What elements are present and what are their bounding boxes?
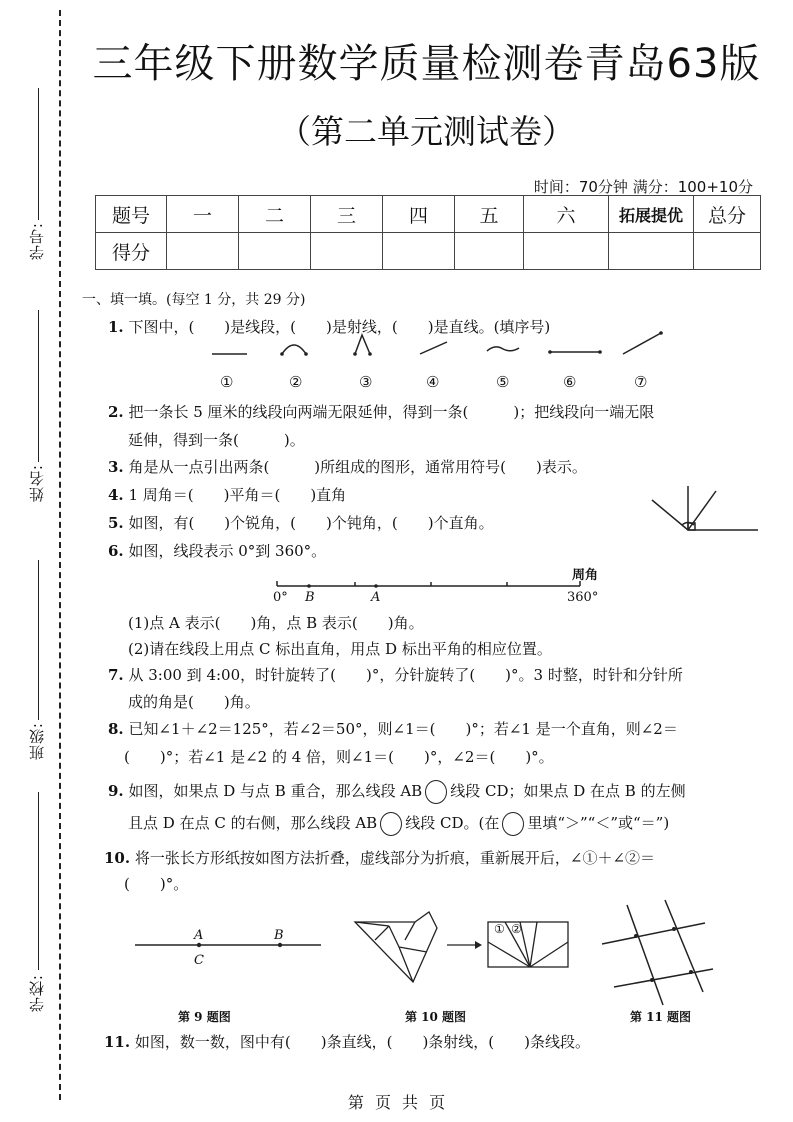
q6-end-label: 360° [567, 590, 598, 605]
question-11: 11. 如图，数一数，图中有( )条直线，( )条射线，( )条线段。 [104, 1031, 590, 1052]
school-underline [38, 792, 39, 970]
score-input[interactable] [239, 233, 311, 270]
q1-label-2: ② [289, 373, 302, 391]
page-footer: 第 页 共 页 [0, 1090, 793, 1113]
question-7-cont: 成的角是( )角。 [128, 691, 260, 712]
score-header-row: 题号 一 二 三 四 五 六 拓展提优 总分 [96, 196, 761, 233]
question-text: 且点 D 在点 C 的右侧，那么线段 AB [128, 814, 377, 832]
figure-10-caption: 第 10 题图 [405, 1008, 466, 1025]
q11-lines-figure [590, 900, 700, 995]
question-text: 如图，数一数，图中有( )条直线，( )条射线，( )条线段。 [135, 1033, 590, 1051]
score-input[interactable] [311, 233, 383, 270]
q1-label-7: ⑦ [634, 373, 647, 391]
q5-angle-figure [650, 480, 760, 540]
q9-point-c: C [194, 953, 204, 968]
q10-label-2: ② [511, 922, 522, 936]
score-cell: 总分 [694, 196, 761, 233]
section-heading: 一、填一填。(每空 1 分，共 29 分) [82, 289, 305, 309]
figure-9-caption: 第 9 题图 [178, 1008, 231, 1025]
q10-fold-figure [355, 912, 555, 987]
score-cell: 六 [524, 196, 609, 233]
question-text: 里填“＞”“＜”或“＝”) [527, 814, 669, 832]
page-title: 三年级下册数学质量检测卷青岛63版 [0, 32, 793, 89]
figure-11-caption: 第 11 题图 [630, 1008, 691, 1025]
question-number: 2. [108, 403, 124, 421]
question-text: 线段 CD。(在 [405, 814, 499, 832]
q1-label-6: ⑥ [563, 373, 576, 391]
question-8-cont: ( )°；若∠1 是∠2 的 4 倍，则∠1＝( )°，∠2＝( )°。 [124, 746, 554, 767]
circle-symbol [502, 812, 524, 836]
score-input[interactable] [383, 233, 455, 270]
score-row-label: 得分 [96, 233, 167, 270]
class-label: 班级: [26, 722, 47, 760]
q9-figure [135, 935, 325, 965]
score-input[interactable] [524, 233, 609, 270]
answer-circle[interactable] [380, 812, 402, 836]
question-text: 线段 CD；如果点 D 在点 B 的左侧 [450, 782, 685, 800]
question-text: 如图，如果点 D 与点 B 重合，那么线段 AB [128, 782, 422, 800]
question-number: 8. [108, 720, 124, 738]
answer-circle[interactable] [425, 780, 447, 804]
question-2-cont: 延伸，得到一条( )。 [128, 429, 305, 450]
question-text: 将一张长方形纸按如图方法折叠，虚线部分为折痕，重新展开后，∠①＋∠②＝ [135, 849, 655, 867]
score-cell: 四 [383, 196, 455, 233]
question-text: 1 周角＝( )平角＝( )直角 [128, 486, 346, 504]
q1-label-5: ⑤ [496, 373, 509, 391]
question-1: 1. 下图中，( )是线段，( )是射线，( )是直线。(填序号) [108, 316, 550, 337]
score-table: 题号 一 二 三 四 五 六 拓展提优 总分 得分 [95, 195, 761, 270]
question-4: 4. 1 周角＝( )平角＝( )直角 [108, 484, 346, 505]
question-number: 9. [108, 782, 124, 800]
question-text: 把一条长 5 厘米的线段向两端无限延伸，得到一条( )；把线段向一端无限 [128, 403, 654, 421]
question-number: 1. [108, 318, 124, 336]
question-text: 从 3:00 到 4:00，时针旋转了( )°，分针旋转了( )°。3 时整，时… [128, 666, 682, 684]
question-8: 8. 已知∠1＋∠2＝125°，若∠2＝50°，则∠1＝( )°；若∠1 是一个… [108, 718, 678, 739]
score-value-row: 得分 [96, 233, 761, 270]
question-3: 3. 角是从一点引出两条( )所组成的图形，通常用符号( )表示。 [108, 456, 587, 477]
q1-label-4: ④ [426, 373, 439, 391]
question-5: 5. 如图，有( )个锐角，( )个钝角，( )个直角。 [108, 512, 494, 533]
question-number: 4. [108, 486, 124, 504]
question-number: 7. [108, 666, 124, 684]
question-text: 角是从一点引出两条( )所组成的图形，通常用符号( )表示。 [128, 458, 586, 476]
question-7: 7. 从 3:00 到 4:00，时针旋转了( )°，分针旋转了( )°。3 时… [108, 664, 683, 685]
q1-figures [205, 340, 675, 395]
name-label: 姓名: [26, 464, 47, 502]
score-input[interactable] [167, 233, 239, 270]
question-text: 如图，线段表示 0°到 360°。 [128, 542, 326, 560]
question-text: 如图，有( )个锐角，( )个钝角，( )个直角。 [128, 514, 493, 532]
score-cell: 三 [311, 196, 383, 233]
question-6-sub2: (2)请在线段上用点 C 标出直角，用点 D 标出平角的相应位置。 [128, 638, 552, 659]
score-input[interactable] [694, 233, 761, 270]
question-10: 10. 将一张长方形纸按如图方法折叠，虚线部分为折痕，重新展开后，∠①＋∠②＝ [104, 847, 655, 868]
question-6-sub1: (1)点 A 表示( )角，点 B 表示( )角。 [128, 612, 424, 633]
page-subtitle: （第二单元测试卷） [0, 106, 793, 153]
question-text: 下图中，( )是线段，( )是射线，( )是直线。(填序号) [128, 318, 550, 336]
school-label: 学校: [26, 974, 47, 1012]
score-cell: 五 [455, 196, 524, 233]
question-text: 已知∠1＋∠2＝125°，若∠2＝50°，则∠1＝( )°；若∠1 是一个直角，… [128, 720, 677, 738]
student-id-label: 学号: [26, 222, 47, 260]
q6-point-a: A [371, 590, 380, 605]
question-10-cont: ( )°。 [124, 873, 188, 894]
q10-label-1: ① [494, 922, 505, 936]
score-input[interactable] [455, 233, 524, 270]
q6-full-angle-label: 周角 [572, 564, 598, 583]
question-number: 6. [108, 542, 124, 560]
question-9-cont: 且点 D 在点 C 的右侧，那么线段 AB线段 CD。(在里填“＞”“＜”或“＝… [128, 812, 669, 836]
question-number: 5. [108, 514, 124, 532]
q6-start-label: 0° [273, 590, 288, 605]
score-cell: 二 [239, 196, 311, 233]
question-number: 11. [104, 1033, 130, 1051]
question-9: 9. 如图，如果点 D 与点 B 重合，那么线段 AB线段 CD；如果点 D 在… [108, 780, 686, 804]
question-2: 2. 把一条长 5 厘米的线段向两端无限延伸，得到一条( )；把线段向一端无限 [108, 401, 654, 422]
q1-label-3: ③ [359, 373, 372, 391]
exam-meta: 时间：70分钟 满分：100+10分 [534, 176, 753, 197]
q9-point-a: A [194, 928, 203, 943]
name-underline [38, 310, 39, 462]
q9-point-b: B [274, 928, 284, 943]
score-cell: 一 [167, 196, 239, 233]
question-number: 3. [108, 458, 124, 476]
question-number: 10. [104, 849, 130, 867]
q6-point-b: B [305, 590, 315, 605]
class-underline [38, 560, 39, 720]
score-input[interactable] [609, 233, 694, 270]
score-cell: 拓展提优 [609, 196, 694, 233]
q1-label-1: ① [220, 373, 233, 391]
score-cell: 题号 [96, 196, 167, 233]
question-6: 6. 如图，线段表示 0°到 360°。 [108, 540, 326, 561]
binding-dashed-line [59, 10, 61, 1100]
q6-number-line [270, 580, 600, 600]
